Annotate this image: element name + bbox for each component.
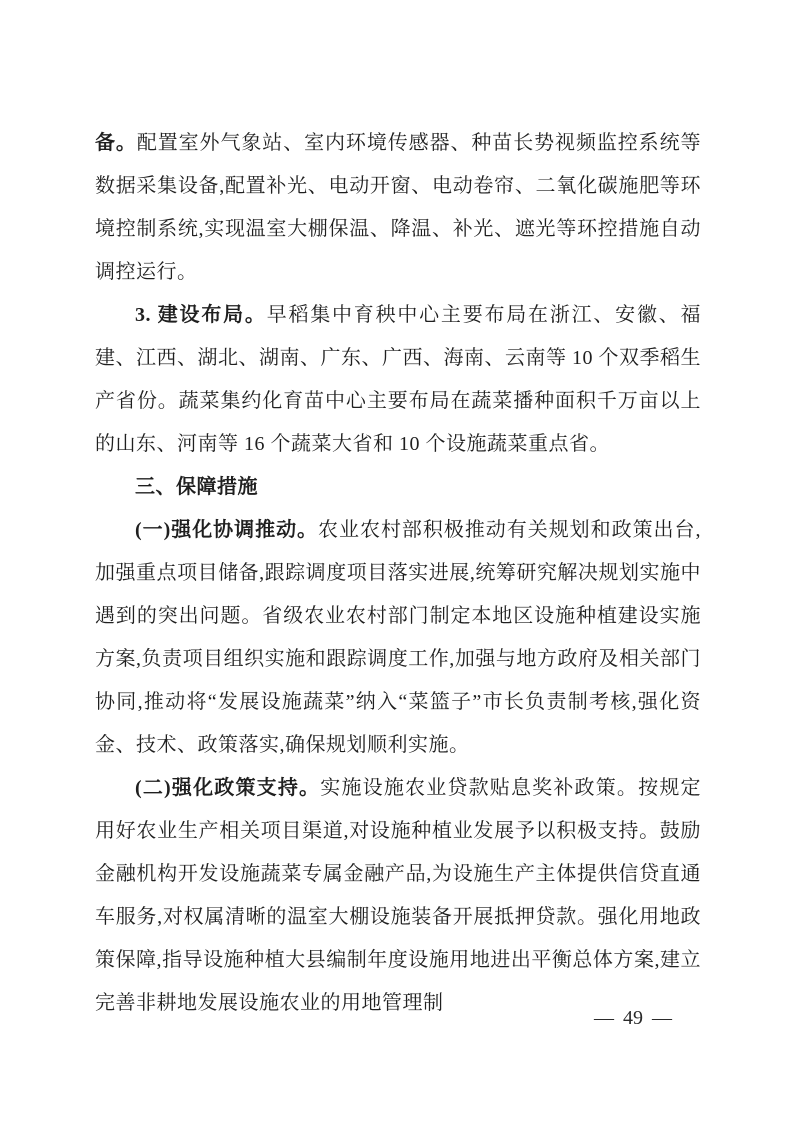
footer-dash-right: — xyxy=(652,1004,672,1032)
paragraph-strengthen-policy-support: (二)强化政策支持。实施设施农业贷款贴息奖补政策。按规定用好农业生产相关项目渠道… xyxy=(95,767,701,1025)
footer-dash-left: — xyxy=(594,1004,614,1032)
paragraph-bold-lead: 3. 建设布局。 xyxy=(135,304,267,326)
document-page: 备。配置室外气象站、室内环境传感器、种苗长势视频监控系统等数据采集设备,配置补光… xyxy=(0,0,794,1123)
paragraph-body-text: 早稻集中育秧中心主要布局在浙江、安徽、福建、江西、湖北、湖南、广东、广西、海南、… xyxy=(95,304,701,455)
paragraph-bold-lead: 备。 xyxy=(95,132,137,154)
page-footer: — 49 — xyxy=(594,1004,672,1032)
paragraph-construction-layout: 3. 建设布局。早稻集中育秧中心主要布局在浙江、安徽、福建、江西、湖北、湖南、广… xyxy=(95,294,701,466)
paragraph-body-text: 配置室外气象站、室内环境传感器、种苗长势视频监控系统等数据采集设备,配置补光、电… xyxy=(95,132,701,283)
paragraph-strengthen-coordination: (一)强化协调推动。农业农村部积极推动有关规划和政策出台,加强重点项目储备,跟踪… xyxy=(95,509,701,767)
paragraph-environment-control: 备。配置室外气象站、室内环境传感器、种苗长势视频监控系统等数据采集设备,配置补光… xyxy=(95,122,701,294)
paragraph-bold-lead: (一)强化协调推动。 xyxy=(135,519,318,541)
paragraph-body-text: 实施设施农业贷款贴息奖补政策。按规定用好农业生产相关项目渠道,对设施种植业发展予… xyxy=(95,777,701,1014)
paragraph-bold-lead: (二)强化政策支持。 xyxy=(135,777,320,799)
page-content: 备。配置室外气象站、室内环境传感器、种苗长势视频监控系统等数据采集设备,配置补光… xyxy=(95,122,701,1025)
page-number: 49 xyxy=(623,1004,643,1032)
section-heading-safeguard-measures: 三、保障措施 xyxy=(95,466,701,509)
paragraph-body-text: 农业农村部积极推动有关规划和政策出台,加强重点项目储备,跟踪调度项目落实进展,统… xyxy=(95,519,701,756)
